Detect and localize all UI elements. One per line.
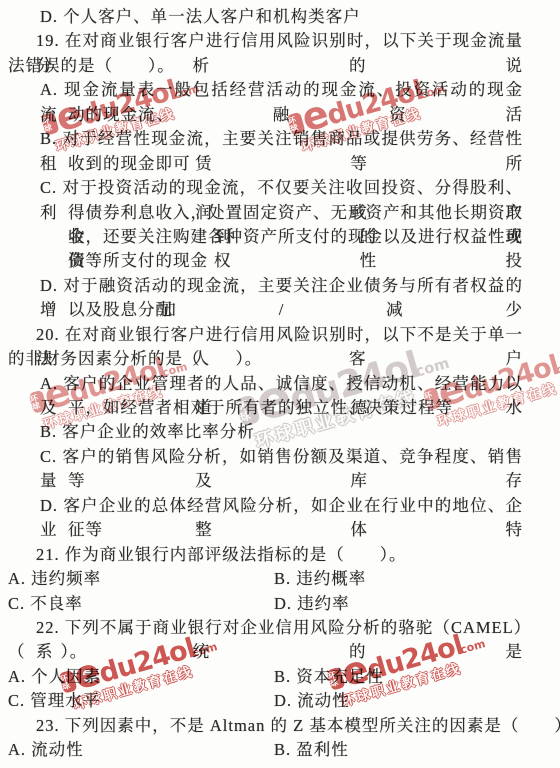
- option-row: A. 违约频率B. 违约概率: [8, 567, 552, 591]
- text-line: 动的现金流: [8, 103, 552, 127]
- text-line: 的非财务因素分析的是（ ）。: [8, 347, 552, 371]
- option-right: D. 违约率: [274, 592, 350, 616]
- watermark-brand-suffix: com: [555, 357, 560, 377]
- option-line: A. 客户的企业管理者的人品、诚信度、授信动机、经营能力以及道德水: [8, 372, 523, 396]
- option-row: C. 管理水平D. 流动性: [8, 689, 552, 713]
- question-line: 21. 作为商业银行内部评级法指标的是（ ）。: [8, 543, 552, 567]
- option-right: B. 盈利性: [274, 738, 349, 762]
- option-left: A. 个人因素: [8, 665, 101, 689]
- option-right: D. 流动性: [274, 689, 350, 713]
- option-line: D. 对于融资活动的现金流，主要关注企业债务与所有者权益的增加/减少: [8, 274, 523, 298]
- option-left: A. 违约频率: [8, 567, 101, 591]
- exam-text-block: D. 个人客户、单一法人客户和机构类客户19. 在对商业银行客户进行信用风险识别…: [8, 5, 552, 763]
- question-line: 19. 在对商业银行客户进行信用风险识别时，以下关于现金流量分析的说: [8, 29, 523, 53]
- question-line: 20. 在对商业银行客户进行信用风险识别时，以下不是关于单一法人客户: [8, 323, 523, 347]
- option-left: A. 流动性: [8, 738, 84, 762]
- text-line: 等: [8, 469, 552, 493]
- option-row: A. 流动性B. 盈利性: [8, 738, 552, 762]
- text-line: 资等所支付的现金: [8, 249, 552, 273]
- option-right: B. 违约概率: [274, 567, 366, 591]
- text-line: 得债券利息收入，处置固定资产、无形资产和其他长期资产收到的现: [8, 201, 523, 225]
- option-left: C. 管理水平: [8, 689, 100, 713]
- option-line: D. 客户企业的总体经营风险分析，如企业在行业中的地位、企业整体特: [8, 494, 523, 518]
- option-line: B. 客户企业的效率比率分析: [8, 420, 552, 444]
- text-line: 平，如经营者相对于所有者的独立性、决策过程等: [8, 396, 552, 420]
- document-page: D. 个人客户、单一法人客户和机构类客户19. 在对商业银行客户进行信用风险识别…: [0, 0, 560, 768]
- text-line: 征等: [8, 518, 552, 542]
- option-line: C. 客户的销售风险分析，如销售份额及渠道、竞争程度、销售量及库存: [8, 445, 523, 469]
- option-line: D. 个人客户、单一法人客户和机构类客户: [8, 5, 552, 29]
- option-line: A. 现金流量表一般包括经营活动的现金流、投资活动的现金流、融资活: [8, 78, 523, 102]
- option-row: C. 不良率D. 违约率: [8, 592, 552, 616]
- option-line: B. 对于经营性现金流，主要关注销售商品或提供劳务、经营性租赁等所: [8, 127, 523, 151]
- option-right: B. 资本充足性: [274, 665, 384, 689]
- question-line: 23. 下列因素中，不是 Altman 的 Z 基本模型所关注的因素是（ ）。: [8, 714, 552, 738]
- text-line: 金，还要关注购建各种资产所支付的现金以及进行权益性或债权性投: [8, 225, 523, 249]
- text-line: 法错误的是（ ）。: [8, 54, 552, 78]
- text-line: 收到的现金即可: [8, 152, 552, 176]
- text-line: 以及股息分配: [8, 298, 552, 322]
- option-left: C. 不良率: [8, 592, 83, 616]
- option-line: C. 对于投资活动的现金流，不仅要关注收回投资、分得股利、利润或取: [8, 176, 523, 200]
- text-line: （ ）。: [8, 640, 552, 664]
- option-row: A. 个人因素B. 资本充足性: [8, 665, 552, 689]
- question-line: 22. 下列不属于商业银行对企业信用风险分析的骆驼（CAMEL）系统的是: [8, 616, 523, 640]
